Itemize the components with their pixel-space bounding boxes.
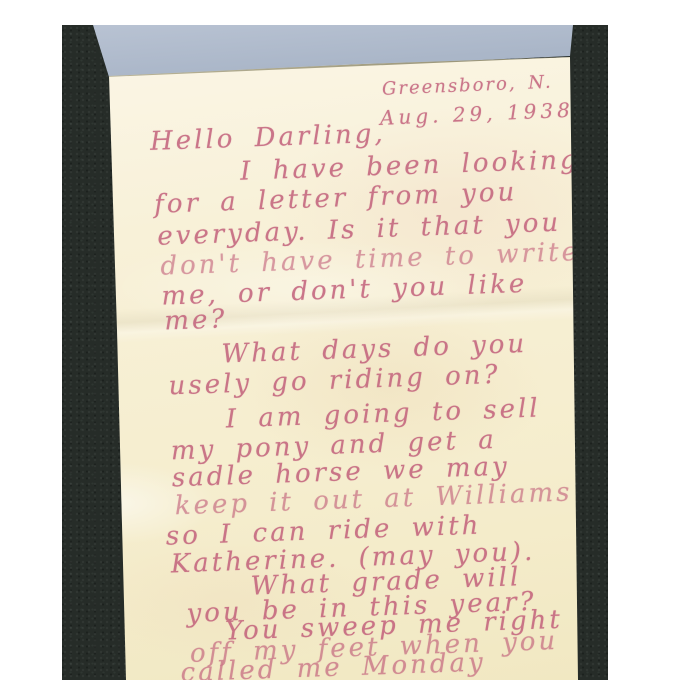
letter-line: me? bbox=[164, 306, 228, 334]
letter-salutation: Hello Darling, bbox=[150, 121, 386, 155]
letter-paper: Company Greensboro, N. Aug. 29, 1938 Hel… bbox=[62, 25, 608, 680]
letter-line: usely go riding on? bbox=[168, 362, 501, 400]
letter-photo: Company Greensboro, N. Aug. 29, 1938 Hel… bbox=[62, 25, 608, 680]
letter-body: Hello Darling, I have been looking for a… bbox=[146, 25, 608, 680]
letter-line: I have been looking bbox=[240, 147, 580, 185]
